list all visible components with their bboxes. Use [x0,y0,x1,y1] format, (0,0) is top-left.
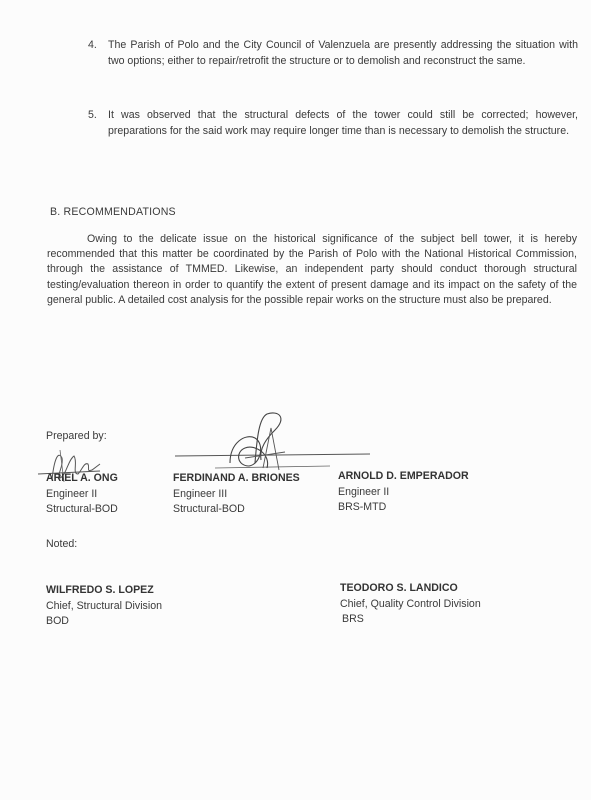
finding-text: The Parish of Polo and the City Council … [108,38,578,69]
signatory-name: ARNOLD D. EMPERADOR [338,469,469,485]
signatory-office: BRS [340,612,481,628]
recommendations-heading: B. RECOMMENDATIONS [50,205,176,221]
prepared-by-label: Prepared by: [46,429,107,445]
recommendations-paragraph: Owing to the delicate issue on the histo… [47,232,577,308]
finding-item-4: 4. The Parish of Polo and the City Counc… [88,38,578,69]
signatory-title: Chief, Quality Control Division [340,597,481,613]
signatory-title: Engineer III [173,487,300,503]
signatory-lopez: WILFREDO S. LOPEZ Chief, Structural Divi… [46,583,162,630]
signatory-office: Structural-BOD [173,502,300,518]
signatory-name: TEODORO S. LANDICO [340,581,481,597]
signatory-title: Engineer II [46,487,118,503]
finding-number: 4. [88,38,102,54]
signatory-title: Engineer II [338,485,469,501]
signatory-office: Structural-BOD [46,502,118,518]
signatory-title: Chief, Structural Division [46,599,162,615]
signatory-emperador: ARNOLD D. EMPERADOR Engineer II BRS-MTD [338,469,469,516]
signatory-ong: ARIEL A. ONG Engineer II Structural-BOD [46,471,118,518]
signatory-office: BOD [46,614,162,630]
finding-number: 5. [88,108,102,124]
signatory-landico: TEODORO S. LANDICO Chief, Quality Contro… [340,581,481,628]
signatory-name: WILFREDO S. LOPEZ [46,583,162,599]
signatory-name: ARIEL A. ONG [46,471,118,487]
document-page: 4. The Parish of Polo and the City Counc… [0,0,591,800]
signature-briones-icon [175,408,375,478]
signatory-name: FERDINAND A. BRIONES [173,471,300,487]
signatory-briones: FERDINAND A. BRIONES Engineer III Struct… [173,471,300,518]
finding-item-5: 5. It was observed that the structural d… [88,108,578,139]
finding-text: It was observed that the structural defe… [108,108,578,139]
signatory-office: BRS-MTD [338,500,469,516]
noted-label: Noted: [46,537,77,553]
